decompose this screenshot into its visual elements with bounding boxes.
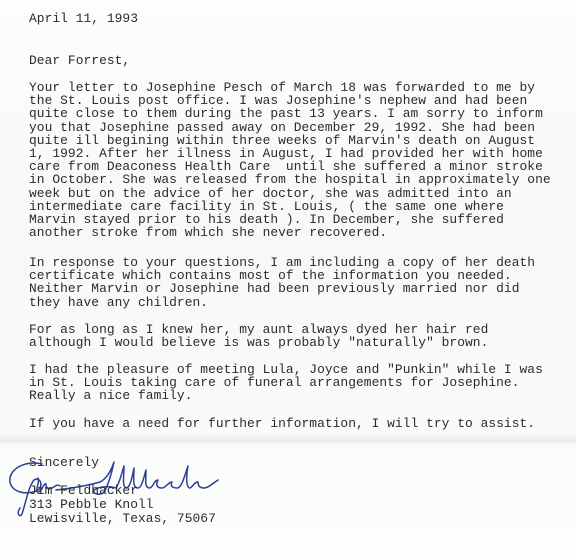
- letter-page: April 11, 1993 Dear Forrest, Your letter…: [0, 0, 576, 553]
- paragraph-3: For as long as I knew her, my aunt alway…: [29, 323, 488, 349]
- paragraph-4: I had the pleasure of meeting Lula, Joyc…: [29, 363, 543, 403]
- text-line: you that Josephine passed away on Decemb…: [29, 121, 551, 134]
- text-line: Really a nice family.: [29, 389, 543, 402]
- text-line: If you have a need for further informati…: [29, 417, 535, 430]
- text-line: week but on the advice of her doctor, sh…: [29, 187, 551, 200]
- letter-date: April 11, 1993: [29, 12, 138, 25]
- text-line: quite close to them during the past 13 y…: [29, 107, 551, 120]
- signer-address-line2: Lewisville, Texas, 75067: [29, 511, 216, 526]
- salutation: Dear Forrest,: [29, 54, 130, 67]
- paragraph-2: In response to your questions, I am incl…: [29, 256, 535, 309]
- signer-address-line1: 313 Pebble Knoll: [29, 497, 154, 512]
- text-line: they have any children.: [29, 296, 535, 309]
- text-line: another stroke from which she never reco…: [29, 226, 551, 239]
- text-line: although I would believe is was probably…: [29, 336, 488, 349]
- text-line: Neither Marvin or Josephine had been pre…: [29, 282, 535, 295]
- closing: Sincerely: [29, 456, 99, 469]
- paragraph-1: Your letter to Josephine Pesch of March …: [29, 81, 551, 239]
- signer-name: Jim Feldhacker: [29, 483, 138, 498]
- text-line: in October. She was released from the ho…: [29, 173, 551, 186]
- paragraph-5: If you have a need for further informati…: [29, 417, 535, 430]
- signer-block: Jim Feldhacker 313 Pebble Knoll Lewisvil…: [29, 484, 216, 525]
